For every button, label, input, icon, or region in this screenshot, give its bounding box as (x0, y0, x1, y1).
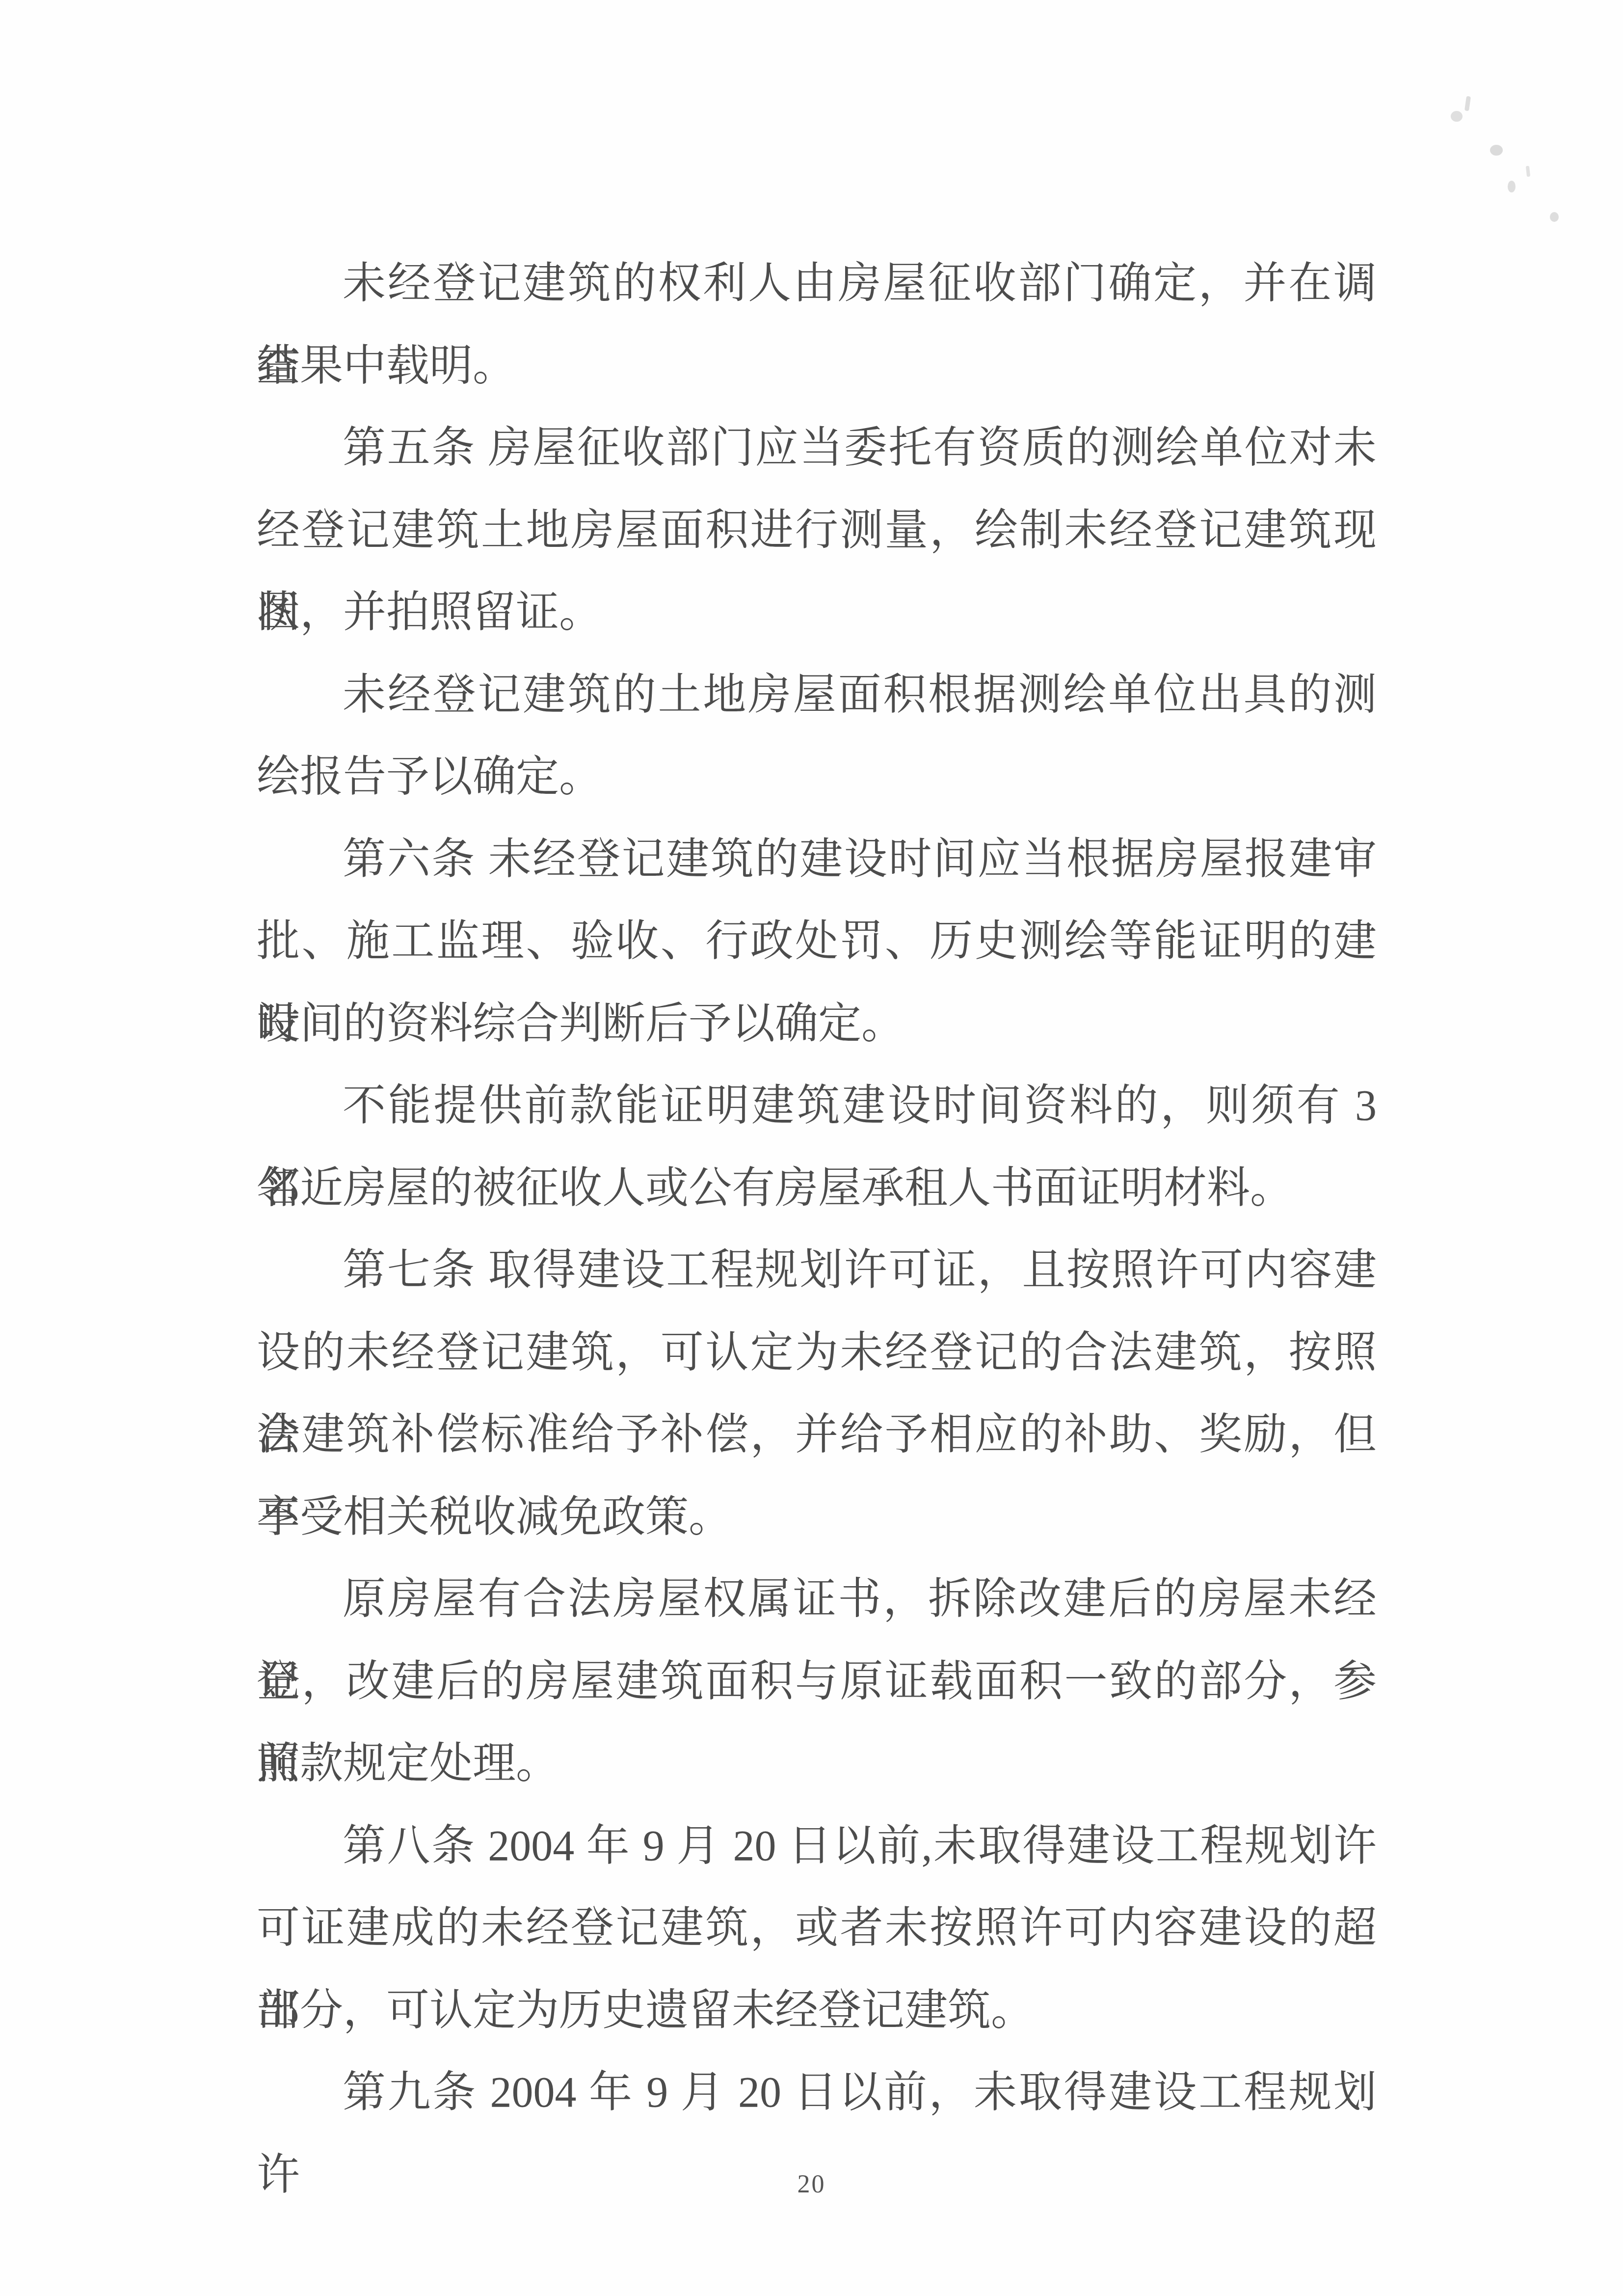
text-line-19: 前款规定处理。 (257, 1723, 1377, 1805)
text-line-9: 批、施工监理、验收、行政处罚、历史测绘等能证明的建设 (257, 900, 1377, 983)
text-line-1: 未经登记建筑的权利人由房屋征收部门确定，并在调查 (257, 243, 1377, 325)
text-line-13: 第七条 取得建设工程规划许可证，且按照许可内容建 (257, 1229, 1377, 1312)
document-page: 未经登记建筑的权利人由房屋征收部门确定，并在调查 结果中载明。 第五条 房屋征收… (0, 0, 1623, 2296)
page-number: 20 (0, 2170, 1623, 2199)
scan-speck (1508, 181, 1516, 192)
text-line-20: 第八条 2004 年 9 月 20 日以前,未取得建设工程规划许 (257, 1805, 1377, 1888)
document-body: 未经登记建筑的权利人由房屋征收部门确定，并在调查 结果中载明。 第五条 房屋征收… (257, 243, 1377, 2134)
text-line-21: 可证建成的未经登记建筑，或者未按照许可内容建设的超出 (257, 1887, 1377, 1970)
text-line-3: 第五条 房屋征收部门应当委托有资质的测绘单位对未 (257, 407, 1377, 489)
text-line-5: 图，并拍照留证。 (257, 571, 1377, 654)
scan-speck (1451, 111, 1463, 122)
text-line-11: 不能提供前款能证明建筑建设时间资料的，则须有 3 名 (257, 1065, 1377, 1147)
text-line-12: 邻近房屋的被征收人或公有房屋承租人书面证明材料。 (257, 1147, 1377, 1230)
text-line-16: 享受相关税收减免政策。 (257, 1476, 1377, 1559)
text-line-2: 结果中载明。 (257, 325, 1377, 407)
text-line-7: 绘报告予以确定。 (257, 736, 1377, 818)
scan-speck (1464, 96, 1471, 111)
text-line-6: 未经登记建筑的土地房屋面积根据测绘单位出具的测 (257, 654, 1377, 736)
scan-speck (1550, 212, 1559, 222)
text-line-23: 第九条 2004 年 9 月 20 日以前，未取得建设工程规划许 (257, 2052, 1377, 2134)
text-line-8: 第六条 未经登记建筑的建设时间应当根据房屋报建审 (257, 818, 1377, 901)
text-line-22: 部分，可认定为历史遗留未经登记建筑。 (257, 1970, 1377, 2052)
text-line-17: 原房屋有合法房屋权属证书，拆除改建后的房屋未经登 (257, 1558, 1377, 1641)
text-line-4: 经登记建筑土地房屋面积进行测量，绘制未经登记建筑现状 (257, 489, 1377, 572)
text-line-18: 记，改建后的房屋建筑面积与原证载面积一致的部分，参照 (257, 1641, 1377, 1723)
text-line-15: 法建筑补偿标准给予补偿，并给予相应的补助、奖励，但不 (257, 1394, 1377, 1476)
text-line-10: 时间的资料综合判断后予以确定。 (257, 983, 1377, 1065)
text-line-14: 设的未经登记建筑，可认定为未经登记的合法建筑，按照合 (257, 1312, 1377, 1394)
scan-speck (1490, 145, 1503, 156)
scan-speck (1526, 166, 1530, 177)
